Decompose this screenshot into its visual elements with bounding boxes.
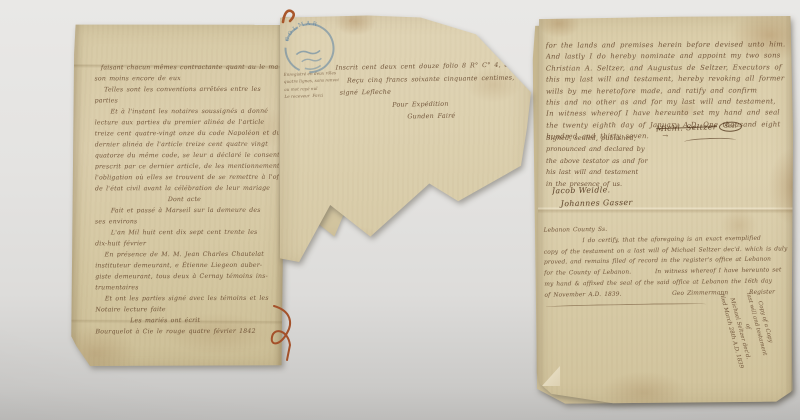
handwriting-line: pronounced and declared by <box>546 144 666 155</box>
fragment-margin-note: Enregistré en deux rôlesquatre lignes, s… <box>284 69 343 101</box>
handwriting-line: Et ont les parties signé avec les témoin… <box>95 293 279 305</box>
handwriting-line: ses environs <box>95 216 279 228</box>
middle-fragment-wrapper: COLMAR Enregistré en deux rôlesquatre li… <box>280 14 531 267</box>
left-document: faisant chacun mêmes contractante quant … <box>70 23 285 368</box>
handwriting-line: Johannes Gasser <box>552 195 702 211</box>
seal-mark: Seal <box>719 121 742 132</box>
handwriting-line: instituteur demeurant, e Étienne Liegeon… <box>95 260 279 272</box>
fragment-handwriting: Inscrit cent deux cent douze folio 8 R° … <box>335 58 528 124</box>
photo-scene: { "scene": { "description": "Photograph … <box>0 0 800 420</box>
handwriting-line: Telles sont les conventions arrêtées ent… <box>95 84 279 96</box>
left-document-wrapper: faisant chacun mêmes contractante quant … <box>71 24 284 368</box>
handwriting-line: faisant chacun mêmes contractante quant … <box>94 62 278 74</box>
svg-text:COLMAR: COLMAR <box>282 19 322 44</box>
handwriting-line: l'obligation où elles se trouvent de se … <box>95 172 279 184</box>
handwriting-line: Notaire lecture faite <box>95 304 279 316</box>
handwriting-line: prescrit par ce dernier article, de les … <box>95 161 279 173</box>
left-document-handwriting: faisant chacun mêmes contractante quant … <box>94 62 279 338</box>
handwriting-line: Fait et passé à Marseil sur la demeure d… <box>95 205 279 217</box>
handwriting-line: son moins encore de eux <box>95 73 279 85</box>
middle-fragment: COLMAR Enregistré en deux rôlesquatre li… <box>280 14 531 267</box>
right-document-wrapper: for the lands and premises herein before… <box>536 16 793 404</box>
handwriting-line: quatorze du même code, se leur a déclaré… <box>95 150 279 162</box>
signature-name: Michl. Seltzer <box>656 122 717 133</box>
handwriting-line: the above testator as and for <box>546 156 666 167</box>
right-document: for the lands and premises herein before… <box>536 16 793 404</box>
attestation-handwriting: Signed, sealed, published,pronounced and… <box>546 133 666 190</box>
handwriting-line: dix-huit février <box>95 238 279 250</box>
handwriting-line: And lastly I do hereby nominate and appo… <box>546 51 786 64</box>
handwriting-line: trumentaires <box>95 282 279 294</box>
handwriting-line: treize cent quatre-vingt onze du code Na… <box>95 128 279 140</box>
handwriting-line: Bourquelot à Cie le rouge quatre février… <box>95 326 279 338</box>
stamp-text: COLMAR <box>282 19 322 44</box>
handwriting-line: Signed, sealed, published, <box>546 133 666 144</box>
handwriting-line: En présence de M. M. Jean Charles Chaute… <box>95 249 279 261</box>
witness-signatures: Jacob Weidle. Johannes Gasser <box>552 182 702 211</box>
handwriting-line: de l'état civil avant la célébration de … <box>95 183 279 195</box>
handwriting-line: Le receveur Farci <box>284 91 342 100</box>
handwriting-line: his last will and testament <box>546 167 666 178</box>
handwriting-line: Les mariés ont écrit <box>95 315 279 327</box>
folded-corner <box>542 366 560 386</box>
pen-flourish-line <box>546 303 706 310</box>
handwriting-line: Dont acte <box>95 194 279 206</box>
handwriting-line: this my last will and testament, hereby … <box>546 74 786 87</box>
handwriting-line: L'an Mil huit cent dix sept cent trente … <box>95 227 279 239</box>
handwriting-line: Gunden Fairé <box>336 109 528 125</box>
handwriting-line: giste demeurant, tous deux à Cernay témo… <box>95 271 279 283</box>
photo-background: faisant chacun mêmes contractante quant … <box>0 0 800 420</box>
handwriting-line: Et à l'instant les notaires soussignés a… <box>95 106 279 118</box>
handwriting-line: dernier alinéa de l'article treize cent … <box>95 139 279 151</box>
handwriting-line: parties <box>95 95 279 107</box>
handwriting-line: lecture aux parties du premier alinéa de… <box>95 117 279 129</box>
